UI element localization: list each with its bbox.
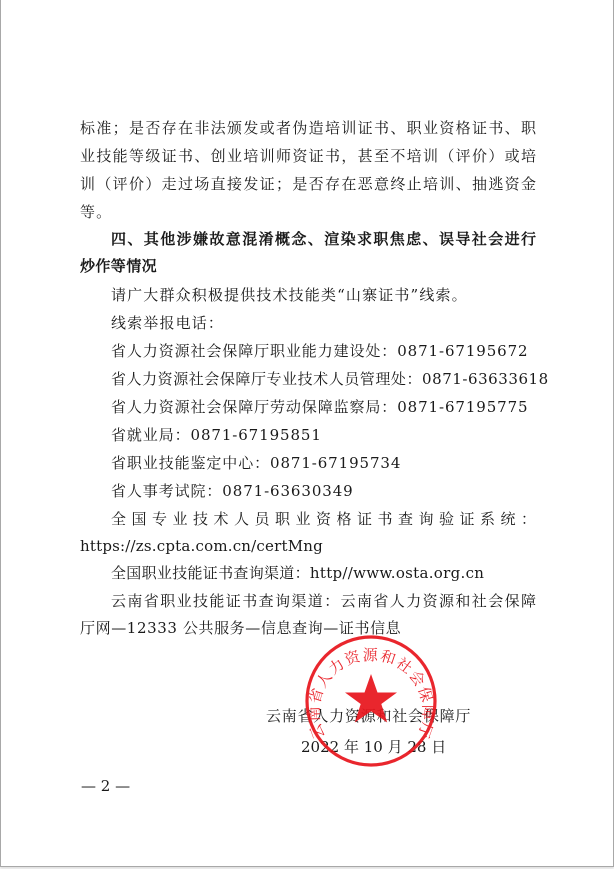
- hotline-label: 线索举报电话：: [111, 313, 536, 333]
- hotline-item: 省人力资源社会保障厅专业技术人员管理处：0871-63633618: [111, 369, 536, 389]
- issue-date: 2022 年 10 月 28 日: [301, 737, 441, 757]
- query-channel-national-skills: 全国职业技能证书查询渠道：http//www.osta.org.cn: [111, 563, 536, 583]
- document-page: 标准；是否存在非法颁发或者伪造培训证书、职业资格证书、职 业技能等级证书、创业培…: [0, 0, 614, 867]
- paragraph-line: 标准；是否存在非法颁发或者伪造培训证书、职业资格证书、职: [80, 118, 536, 138]
- section-heading: 四、其他涉嫌故意混淆概念、渲染求职焦虑、误导社会进行: [111, 229, 536, 249]
- query-channel-yunnan-skills-continued: 厅网—12333 公共服务—信息查询—证书信息: [80, 618, 536, 638]
- hotline-item: 省人力资源社会保障厅职业能力建设处：0871-67195672: [111, 341, 536, 361]
- page-number: — 2 —: [81, 776, 130, 796]
- svg-text:云南省人力资源和社会保障厅: 云南省人力资源和社会保障厅: [305, 646, 437, 742]
- section-heading-continued: 炒作等情况: [80, 256, 536, 276]
- paragraph-line: 业技能等级证书、创业培训师资证书，甚至不培训（评价）或培: [80, 146, 536, 166]
- paragraph-line: 训（评价）走过场直接发证；是否存在恶意终止培训、抽逃资金: [80, 174, 536, 194]
- call-to-action: 请广大群众积极提供技术技能类“山寨证书”线索。: [111, 285, 536, 305]
- hotline-item: 省就业局：0871-67195851: [111, 425, 536, 445]
- issuer-signature: 云南省人力资源和社会保障厅: [266, 706, 471, 726]
- query-channel-national-professional-url[interactable]: https://zs.cpta.com.cn/certMng: [80, 536, 536, 556]
- hotline-item: 省人力资源社会保障厅劳动保障监察局：0871-67195775: [111, 397, 536, 417]
- hotline-item: 省职业技能鉴定中心：0871-67195734: [111, 453, 536, 473]
- query-channel-yunnan-skills: 云南省职业技能证书查询渠道：云南省人力资源和社会保障: [111, 591, 536, 611]
- hotline-item: 省人事考试院：0871-63630349: [111, 481, 536, 501]
- paragraph-line: 等。: [80, 202, 536, 222]
- query-channel-national-professional: 全国专业技术人员职业资格证书查询验证系统：: [111, 509, 536, 529]
